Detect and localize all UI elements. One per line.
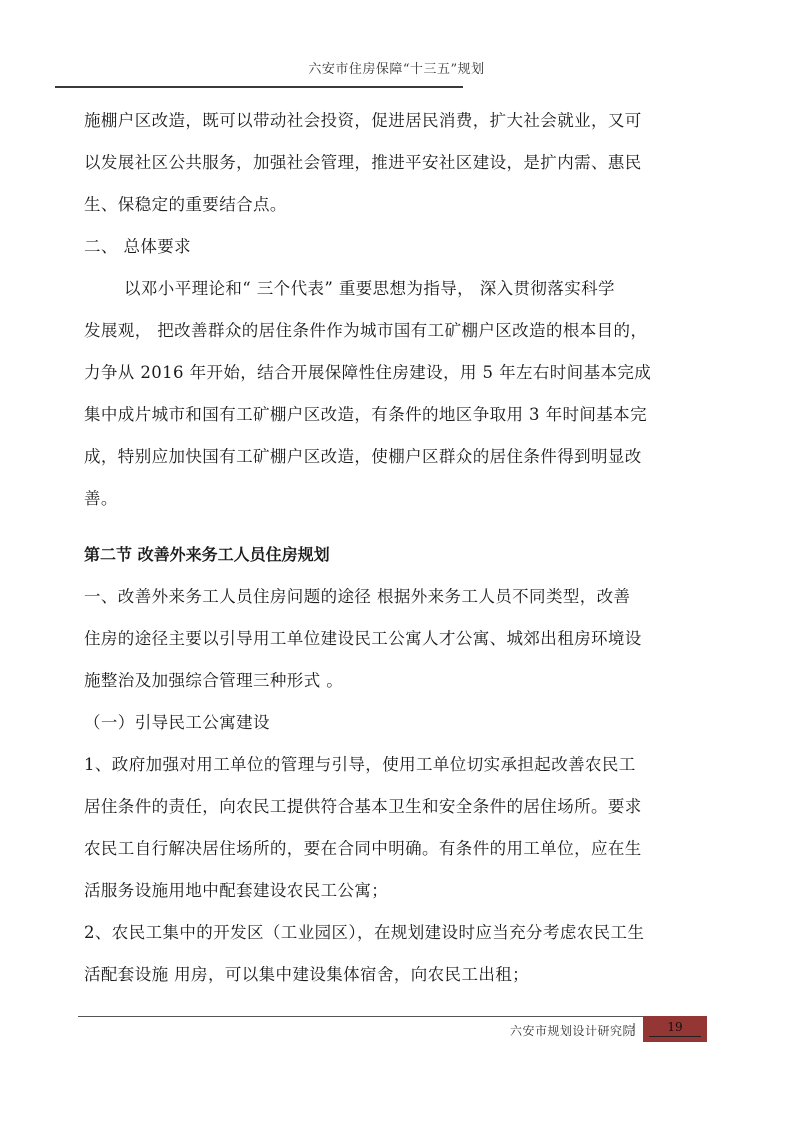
- paragraph-line: 生、保稳定的重要结合点。: [84, 184, 700, 226]
- list-item-line: 活配套设施 用房，可以集中建设集体宿舍，向农民工出租；: [84, 954, 700, 996]
- page-number: 19: [643, 1020, 707, 1034]
- paragraph-line: 集中成片城市和国有工矿棚户区改造，有条件的地区争取用 3 年时间基本完: [84, 394, 700, 436]
- section-heading: 第二节 改善外来务工人员住房规划: [84, 534, 700, 576]
- paragraph-line: 施整治及加强综合管理三种形式 。: [84, 660, 700, 702]
- paragraph-line: 发展观， 把改善群众的居住条件作为城市国有工矿棚户区改造的根本目的，: [84, 310, 700, 352]
- running-header-title: 六安市住房保障“十三五”规划: [0, 58, 793, 77]
- subsection-heading: 二、 总体要求: [84, 226, 700, 268]
- list-item-line: 农民工自行解决居住场所的，要在合同中明确。有条件的用工单位，应在生: [84, 828, 700, 870]
- list-item-line: 1、政府加强对用工单位的管理与引导，使用工单位切实承担起改善农民工: [84, 744, 700, 786]
- footer-separator: |: [632, 1021, 636, 1035]
- paragraph-line: 一、改善外来务工人员住房问题的途径 根据外来务工人员不同类型，改善: [84, 576, 700, 618]
- paragraph-line: 以邓小平理论和“ 三个代表” 重要思想为指导， 深入贯彻落实科学: [84, 268, 700, 310]
- page-number-box: 19: [643, 1016, 707, 1042]
- header-rule: [55, 86, 463, 88]
- footer-organization: 六安市规划设计研究院: [510, 1022, 635, 1039]
- subsection-heading: （一）引导民工公寓建设: [84, 702, 700, 744]
- paragraph-line: 成，特别应加快国有工矿棚户区改造，使棚户区群众的居住条件得到明显改: [84, 436, 700, 478]
- list-item-line: 活服务设施用地中配套建设农民工公寓；: [84, 870, 700, 912]
- footer-rule: [78, 1016, 643, 1017]
- paragraph-line: 施棚户区改造，既可以带动社会投资，促进居民消费，扩大社会就业，又可: [84, 100, 700, 142]
- paragraph-line: 力争从 2016 年开始，结合开展保障性住房建设，用 5 年左右时间基本完成: [84, 352, 700, 394]
- document-body: 施棚户区改造，既可以带动社会投资，促进居民消费，扩大社会就业，又可 以发展社区公…: [84, 100, 700, 996]
- list-item-line: 居住条件的责任，向农民工提供符合基本卫生和安全条件的居住场所。要求: [84, 786, 700, 828]
- list-item-line: 2、农民工集中的开发区（工业园区），在规划建设时应当充分考虑农民工生: [84, 912, 700, 954]
- paragraph-line: 以发展社区公共服务，加强社会管理，推进平安社区建设，是扩内需、惠民: [84, 142, 700, 184]
- paragraph-line: 住房的途径主要以引导用工单位建设民工公寓人才公寓、城郊出租房环境设: [84, 618, 700, 660]
- page-number-underline: [649, 1036, 701, 1037]
- paragraph-line: 善。: [84, 478, 700, 520]
